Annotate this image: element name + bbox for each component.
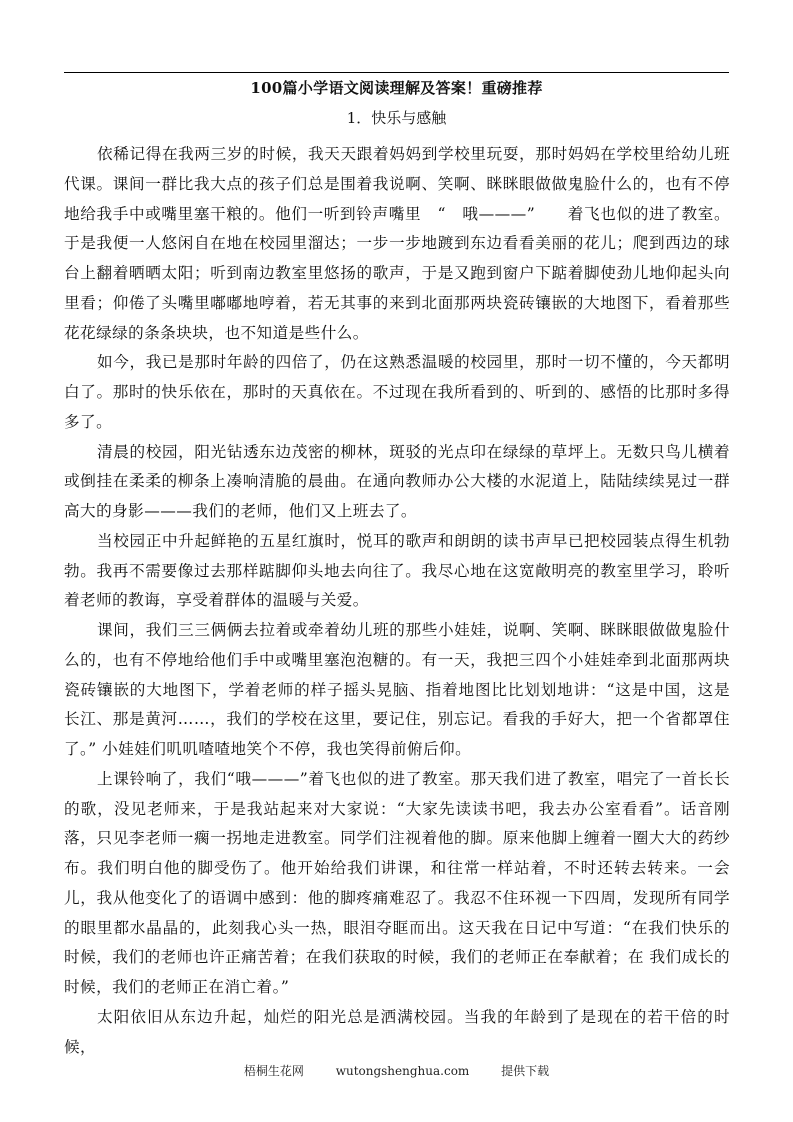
- page-footer: 梧桐生花网 wutongshenghua.com 提供下载: [64, 1063, 729, 1079]
- footer-note: 提供下载: [501, 1064, 549, 1078]
- article-title: 1．快乐与感触: [64, 107, 729, 129]
- footer-site-name: 梧桐生花网: [244, 1064, 304, 1078]
- article-body: 依稀记得在我两三岁的时候，我天天跟着妈妈到学校里玩耍，那时妈妈在学校里给幼儿班代…: [64, 140, 730, 1062]
- paragraph: 太阳依旧从东边升起，灿烂的阳光总是洒满校园。当我的年龄到了是现在的若干倍的时候，: [64, 1003, 730, 1063]
- footer-site-url[interactable]: wutongshenghua.com: [336, 1064, 470, 1078]
- header-rule: [64, 72, 729, 73]
- paragraph: 当校园正中升起鲜艳的五星红旗时，悦耳的歌声和朗朗的读书声早已把校园装点得生机勃勃…: [64, 527, 730, 616]
- paragraph: 依稀记得在我两三岁的时候，我天天跟着妈妈到学校里玩耍，那时妈妈在学校里给幼儿班代…: [64, 140, 730, 348]
- paragraph: 如今，我已是那时年龄的四倍了，仍在这熟悉温暖的校园里，那时一切不懂的，今天都明白…: [64, 348, 730, 437]
- document-title: 100篇小学语文阅读理解及答案！重磅推荐: [64, 77, 729, 99]
- paragraph: 课间，我们三三俩俩去拉着或牵着幼儿班的那些小娃娃，说啊、笑啊、眯眯眼做做鬼脸什么…: [64, 616, 730, 765]
- paragraph: 上课铃响了，我们“哦———”着飞也似的进了教室。那天我们进了教室，唱完了一首长长…: [64, 765, 730, 1003]
- paragraph: 清晨的校园，阳光钻透东边茂密的柳林，斑驳的光点印在绿绿的草坪上。无数只鸟儿横着或…: [64, 438, 730, 527]
